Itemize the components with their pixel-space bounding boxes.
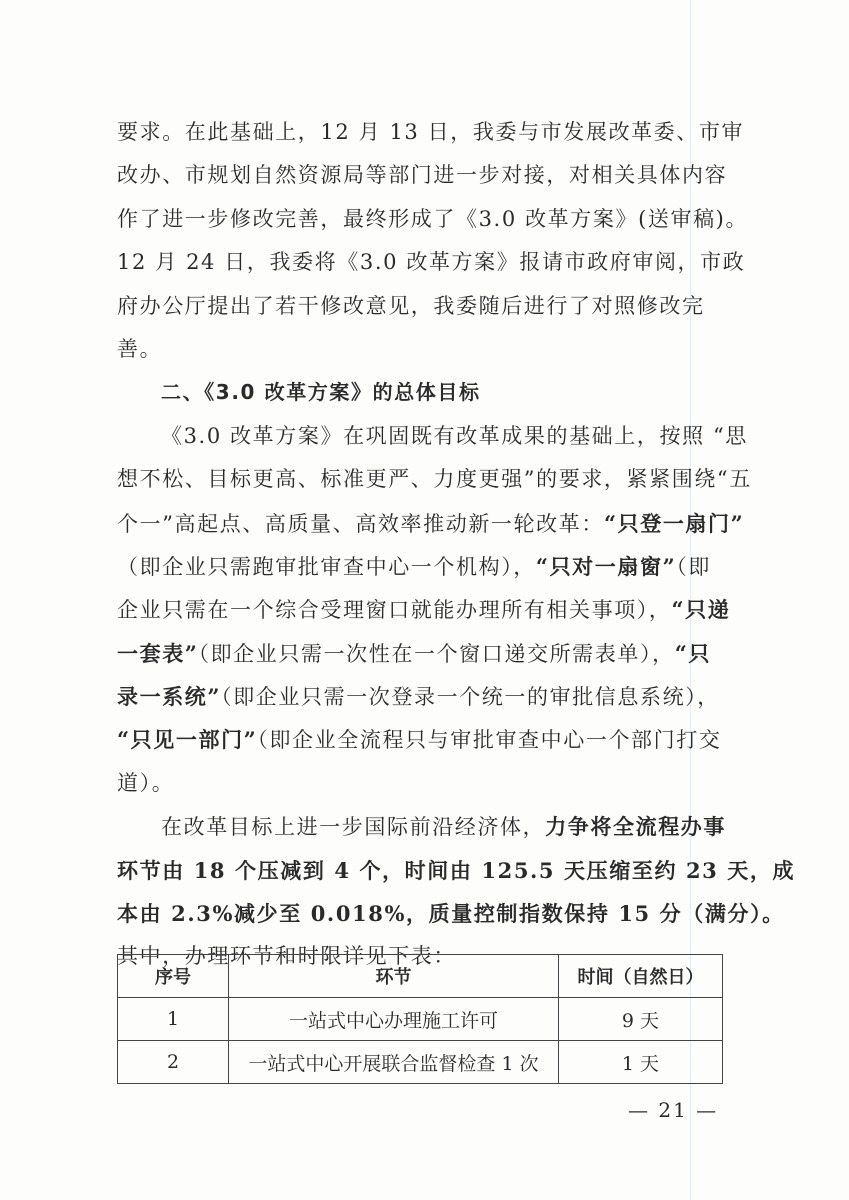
bold-term: “只递 — [672, 597, 731, 622]
paragraph-line: 12 月 24 日，我委将《3.0 改革方案》报请市政府审阅，市政 — [117, 241, 723, 284]
paragraph-line: （即企业只需跑审批审查中心一个机构），“只对一扇窗”（即 — [117, 545, 723, 588]
header-index: 序号 — [118, 955, 229, 998]
paragraph-line: 作了进一步修改完善，最终形成了《3.0 改革方案》(送审稿)。 — [117, 198, 723, 241]
paragraph-line: 府办公厅提出了若干修改意见，我委随后进行了对照修改完 — [117, 285, 723, 328]
header-step: 环节 — [229, 955, 559, 998]
bold-term: “只见一部门” — [117, 727, 257, 752]
bold-text: 本由 2.3%减少至 0.018%，质量控制指数保持 15 分（满分）。 — [117, 901, 785, 926]
bold-term: 录一系统” — [117, 684, 221, 709]
paragraph-line: 企业只需在一个综合受理窗口就能办理所有相关事项），“只递 — [117, 588, 723, 631]
text-run: 个一”高起点、高质量、高效率推动新一轮改革： — [117, 512, 604, 536]
paragraph-line: 环节由 18 个压减到 4 个，时间由 125.5 天压缩至约 23 天，成 — [117, 849, 723, 892]
page-number: — 21 — — [628, 1098, 718, 1122]
text-run: 在改革目标上进一步国际前沿经济体， — [161, 815, 545, 839]
steps-table: 序号 环节 时间（自然日） 1 一站式中心办理施工许可 9 天 2 一站式中心开… — [117, 954, 723, 1084]
text-run: （即企业只需跑审批审查中心一个机构）， — [117, 555, 536, 579]
table-row: 2 一站式中心开展联合监督检查 1 次 1 天 — [118, 1041, 723, 1084]
section-heading: 二、《3.0 改革方案》的总体目标 — [117, 371, 723, 414]
paragraph-line: 在改革目标上进一步国际前沿经济体，力争将全流程办事 — [117, 805, 723, 848]
paragraph-line: 善。 — [117, 328, 723, 371]
cell-index: 2 — [118, 1041, 229, 1084]
text-run: （即企业只需一次性在一个窗口递交所需表单）， — [198, 642, 674, 666]
bold-text: 环节由 18 个压减到 4 个，时间由 125.5 天压缩至约 23 天，成 — [117, 858, 795, 883]
bold-text: 力争将全流程办事 — [545, 814, 726, 839]
document-page: 要求。在此基础上，12 月 13 日，我委与市发展改革委、市审 改办、市规划自然… — [0, 0, 849, 1200]
table-header-row: 序号 环节 时间（自然日） — [118, 955, 723, 998]
cell-time: 9 天 — [559, 998, 723, 1041]
cell-step: 一站式中心办理施工许可 — [229, 998, 559, 1041]
text-run: （即 — [676, 555, 711, 579]
paragraph-line: 《3.0 改革方案》在巩固既有改革成果的基础上，按照 “思 — [117, 415, 723, 458]
paragraph-line: 本由 2.3%减少至 0.018%，质量控制指数保持 15 分（满分）。 — [117, 892, 723, 935]
bold-term: 一套表” — [117, 641, 198, 666]
bold-term: “只登一扇门” — [604, 511, 744, 536]
bold-term: “只对一扇窗” — [536, 554, 676, 579]
paragraph-line: 改办、市规划自然资源局等部门进一步对接，对相关具体内容 — [117, 154, 723, 197]
cell-time: 1 天 — [559, 1041, 723, 1084]
header-time: 时间（自然日） — [559, 955, 723, 998]
cell-index: 1 — [118, 998, 229, 1041]
bold-term: “只 — [675, 641, 711, 666]
paragraph-line: “只见一部门”（即企业全流程只与审批审查中心一个部门打交 — [117, 718, 723, 761]
text-run: （即企业全流程只与审批审查中心一个部门打交 — [257, 728, 721, 752]
paragraph-line: 要求。在此基础上，12 月 13 日，我委与市发展改革委、市审 — [117, 111, 723, 154]
paragraph-line: 想不松、目标更高、标准更严、力度更强”的要求，紧紧围绕“五 — [117, 458, 723, 501]
paragraph-line: 一套表”（即企业只需一次性在一个窗口递交所需表单），“只 — [117, 632, 723, 675]
paragraph-line: 道）。 — [117, 762, 723, 805]
paragraph-line: 录一系统”（即企业只需一次登录一个统一的审批信息系统）， — [117, 675, 723, 718]
table-row: 1 一站式中心办理施工许可 9 天 — [118, 998, 723, 1041]
text-run: 企业只需在一个综合受理窗口就能办理所有相关事项）， — [117, 598, 672, 622]
body-text: 要求。在此基础上，12 月 13 日，我委与市发展改革委、市审 改办、市规划自然… — [117, 111, 723, 979]
text-run: （即企业只需一次登录一个统一的审批信息系统）， — [221, 685, 720, 709]
cell-step: 一站式中心开展联合监督检查 1 次 — [229, 1041, 559, 1084]
paragraph-line: 个一”高起点、高质量、高效率推动新一轮改革：“只登一扇门” — [117, 502, 723, 545]
